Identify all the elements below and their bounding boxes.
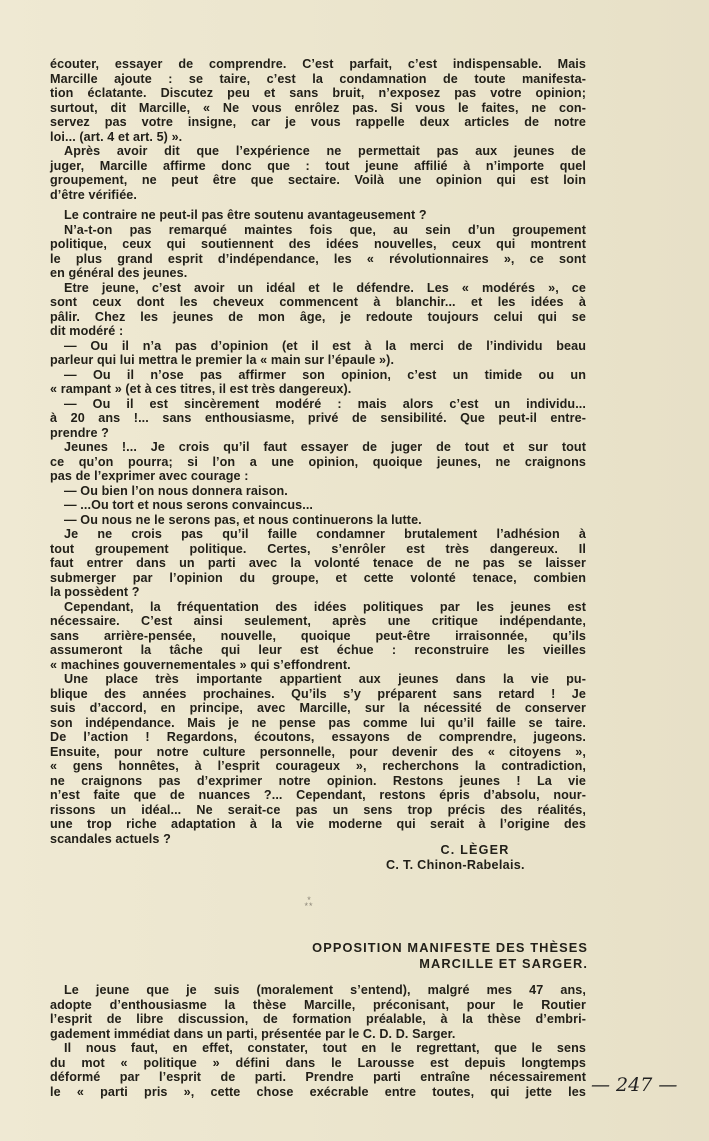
text-line: Le jeune que je suis (moralement s’enten…: [64, 983, 586, 997]
text-line: Jeunes !... Je crois qu’il faut essayer …: [64, 440, 586, 454]
text-line: « machines gouvernementales » qui s’effo…: [50, 658, 586, 672]
text-line: écouter, essayer de comprendre. C’est pa…: [50, 57, 586, 71]
text-line: adopte d’enthousiasme la thèse Marcille,…: [50, 998, 586, 1012]
text-line: le « parti pris », cette chose exécrable…: [50, 1085, 586, 1099]
text-line: du mot « politique » défini dans le Laro…: [50, 1056, 586, 1070]
text-line: Il nous faut, en effet, constater, tout …: [64, 1041, 586, 1055]
asterism-bottom: **: [299, 903, 319, 909]
signature-name: C. LÈGER: [435, 843, 515, 857]
article-title-line-2: MARCILLE ET SARGER.: [419, 957, 588, 971]
text-line: « rampant » (et à ces titres, il est trè…: [50, 382, 586, 396]
text-line: pas de l’exprimer avec courage :: [50, 469, 586, 483]
text-line: — Ou il n’a pas d’opinion (et il est à l…: [64, 339, 586, 353]
text-line: rissons un idéal... Ne serait-ce pas un …: [50, 803, 586, 817]
text-line: Marcille ajoute : se taire, c’est la con…: [50, 72, 586, 86]
text-line: pâlir. Chez les jeunes de mon âge, je re…: [50, 310, 586, 324]
text-line: Ensuite, pour notre culture personnelle,…: [50, 745, 586, 759]
text-line: d’être vérifiée.: [50, 188, 586, 202]
page-number: — 247 —: [591, 1074, 677, 1096]
text-line: groupement, ne peut être que sectaire. V…: [50, 173, 586, 187]
text-line: son indépendance. Mais je ne pense pas c…: [50, 716, 586, 730]
text-line: « gens honnêtes, à l’esprit courageux »,…: [50, 759, 586, 773]
signature-affiliation: C. T. Chinon-Rabelais.: [386, 858, 525, 872]
text-line: prendre ?: [50, 426, 586, 440]
text-line: — Ou bien l’on nous donnera raison.: [64, 484, 586, 498]
text-line: assumeront la tâche qui leur est échue :…: [50, 643, 586, 657]
text-line: nécessaire. C’est ainsi seulement, après…: [50, 614, 586, 628]
text-line: politique, ceux qui soutiennent des idée…: [50, 237, 586, 251]
text-line: N’a-t-on pas remarqué maintes fois que, …: [64, 223, 586, 237]
text-line: tion éclatante. Discutez peu et sans bru…: [50, 86, 586, 100]
text-line: Après avoir dit que l’expérience ne perm…: [64, 144, 586, 158]
text-line: le plus grand esprit d’indépendance, les…: [50, 252, 586, 266]
text-line: Etre jeune, c’est avoir un idéal et le d…: [64, 281, 586, 295]
text-line: ne craignons pas d’exprimer notre opinio…: [50, 774, 586, 788]
text-line: n’est faite que de nuances ?... Cependan…: [50, 788, 586, 802]
text-line: ce qu’on pourra; si l’on a une opinion, …: [50, 455, 586, 469]
text-line: — Ou nous ne le serons pas, et nous cont…: [64, 513, 586, 527]
text-line: déformé par l’esprit de parti. Prendre p…: [50, 1070, 586, 1084]
text-line: l’esprit de libre discussion, de formati…: [50, 1012, 586, 1026]
text-line: Cependant, la fréquentation des idées po…: [64, 600, 586, 614]
text-line: De l’action ! Regardons, écoutons, essay…: [50, 730, 586, 744]
text-line: surtout, dit Marcille, « Ne vous enrôlez…: [50, 101, 586, 115]
text-line: parleur qui lui mettra le premier la « m…: [50, 353, 586, 367]
text-line: juger, Marcille affirme donc que : tout …: [50, 159, 586, 173]
text-line: tout groupement politique. Certes, s’enr…: [50, 542, 586, 556]
text-line: loi... (art. 4 et art. 5) ».: [50, 130, 586, 144]
text-line: servez pas votre insigne, car je vous ra…: [50, 115, 586, 129]
text-line: Une place très importante appartient aux…: [64, 672, 586, 686]
text-line: dit modéré :: [50, 324, 586, 338]
text-line: à 20 ans !... sans enthousiasme, privé d…: [50, 411, 586, 425]
article-title-line-1: OPPOSITION MANIFESTE DES THÈSES: [312, 941, 588, 955]
text-line: — Ou il est sincèrement modéré : mais al…: [64, 397, 586, 411]
text-line: — Ou il n’ose pas affirmer son opinion, …: [64, 368, 586, 382]
text-line: — ...Ou tort et nous serons convaincus..…: [64, 498, 586, 512]
text-line: en général des jeunes.: [50, 266, 586, 280]
text-line: Je ne crois pas qu’il faille condamner b…: [64, 527, 586, 541]
text-line: sont ceux dont les cheveux commencent à …: [50, 295, 586, 309]
text-line: blique des années prochaines. Qu’ils s’y…: [50, 687, 586, 701]
text-line: la possèdent ?: [50, 585, 586, 599]
text-line: Le contraire ne peut-il pas être soutenu…: [64, 208, 586, 222]
asterism-separator: * **: [299, 897, 319, 909]
text-line: sans arrière-pensée, nouvelle, quoique p…: [50, 629, 586, 643]
text-line: gadement immédiat dans un parti, présent…: [50, 1027, 586, 1041]
text-line: faut entrer dans un parti avec la volont…: [50, 556, 586, 570]
text-line: une trop riche adaptation à la vie moder…: [50, 817, 586, 831]
text-line: submerger par l’opinion du groupe, et ce…: [50, 571, 586, 585]
text-line: suis d’accord, en principe, avec Marcill…: [50, 701, 586, 715]
